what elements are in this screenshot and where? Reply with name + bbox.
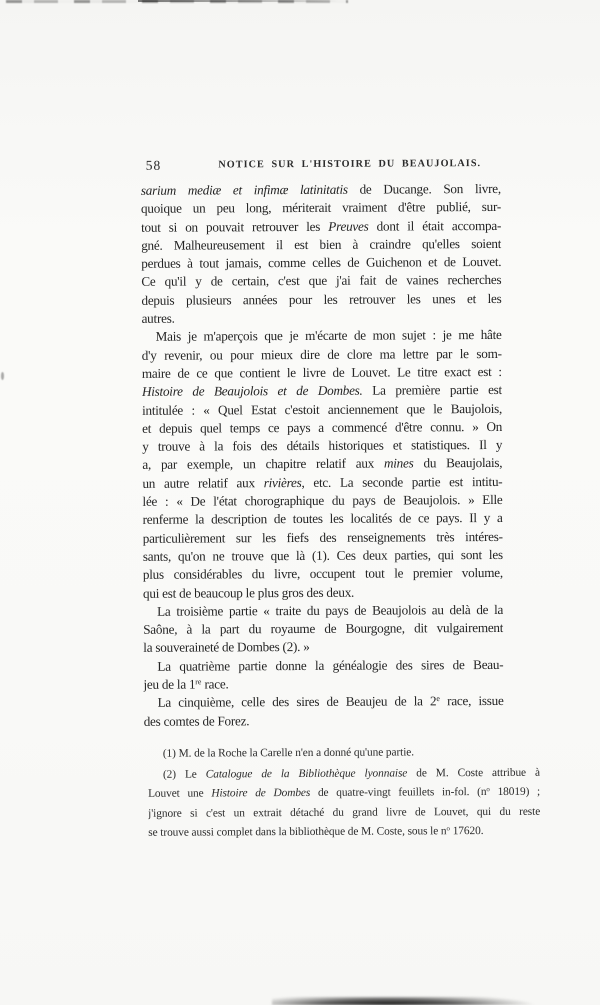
text-line: La troisième partie « traite du pays de …	[143, 601, 503, 621]
text-line: La quatrième partie donne la généalogie …	[143, 656, 503, 676]
text-segment: de quatre-vingt feuillets in-fol. (n	[310, 786, 486, 799]
text-segment: y trouve à la fois des détails historiqu…	[142, 437, 502, 454]
text-segment: 18019) ;	[490, 786, 540, 798]
text-line: perdues à tout jamais, comme celles de G…	[141, 253, 501, 273]
scan-artifact-bottom-smudge	[272, 997, 550, 1005]
paragraph: sarium mediæ et infimæ latinitatis de Du…	[141, 180, 502, 328]
text-segment: plus considérables du livre, occupent to…	[143, 565, 503, 582]
text-segment: Mais je m'aperçois que je m'écarte de mo…	[156, 327, 502, 344]
paragraph: La cinquième, celle des sires de Beaujeu…	[144, 692, 504, 730]
page-text-layer: 58 NOTICE SUR L'HISTOIRE DU BEAUJOLAIS. …	[0, 0, 600, 1005]
text-segment: du Beaujolais,	[413, 455, 502, 470]
text-segment: 17620.	[450, 825, 484, 837]
text-segment: maire de ce que contient le livre de Lou…	[142, 364, 502, 381]
paragraph: (1) M. de la Roche la Carelle n'en a don…	[148, 743, 540, 765]
text-line: d'y revenir, ou pour mieux dire de clore…	[142, 345, 502, 365]
text-segment: perdues à tout jamais, comme celles de G…	[141, 254, 501, 271]
text-segment: particulièrement sur les fiefs des rense…	[143, 529, 503, 546]
text-line: (1) M. de la Roche la Carelle n'en a don…	[148, 743, 540, 765]
text-segment: Saône, à la part du royaume de Bourgogne…	[143, 620, 503, 637]
paragraph: (2) Le Catalogue de la Bibliothèque lyon…	[148, 763, 540, 843]
text-segment: Histoire de Beaujolois et de Dombes.	[142, 383, 363, 399]
text-line: des comtes de Forez.	[144, 711, 504, 731]
text-segment: a, par exemple, un chapitre relatif aux	[142, 456, 384, 472]
text-segment: et depuis quel temps ce pays a commencé …	[142, 419, 502, 436]
text-segment: de M. Coste attribue à	[407, 766, 540, 779]
text-line: sarium mediæ et infimæ latinitatis de Du…	[141, 180, 501, 200]
text-segment: dont il était accompa-	[368, 218, 501, 234]
text-line: autres.	[142, 308, 502, 328]
text-segment: mines	[384, 456, 414, 471]
text-line: renferme la description de toutes les lo…	[143, 509, 503, 529]
text-segment: se trouve aussi complet dans la biblioth…	[148, 826, 446, 840]
text-segment: lée : « De l'état chorographique du pays…	[142, 492, 502, 509]
text-line: sants, qu'on ne trouve que là (1). Ces d…	[143, 546, 503, 566]
text-segment: rivières	[264, 475, 302, 490]
text-segment: qui est de beaucoup le plus gros des deu…	[143, 584, 354, 600]
text-segment: La quatrième partie donne la généalogie …	[157, 657, 503, 674]
text-segment: renferme la description de toutes les lo…	[143, 510, 503, 527]
text-line: y trouve à la fois des détails historiqu…	[142, 436, 502, 456]
text-line: qui est de beaucoup le plus gros des deu…	[143, 582, 503, 602]
text-segment: race.	[201, 676, 228, 691]
text-segment: jeu de la 1	[143, 677, 195, 692]
text-segment: Louvet une	[148, 788, 211, 800]
text-line: intitulée : « Quel Estat c'estoit ancien…	[142, 400, 502, 420]
text-segment: un autre relatif aux	[142, 475, 263, 491]
text-segment: la souveraineté de Dombes (2). »	[143, 639, 309, 655]
text-line: plus considérables du livre, occupent to…	[143, 564, 503, 584]
text-line: lée : « De l'état chorographique du pays…	[142, 491, 502, 511]
text-segment: des comtes de Forez.	[144, 713, 250, 729]
text-segment: de Ducange. Son livre,	[348, 181, 501, 197]
text-segment: Ce qu'il y de certain, c'est que j'ai fa…	[141, 272, 501, 289]
text-segment: La cinquième, celle des sires de Beaujeu…	[158, 694, 437, 710]
text-segment: (1) M. de la Roche la Carelle n'en a don…	[163, 746, 414, 759]
text-segment: La troisième partie « traite du pays de …	[157, 602, 503, 619]
text-line: la souveraineté de Dombes (2). »	[143, 637, 503, 657]
text-line: gné. Malheureusement il est bien à crain…	[141, 235, 501, 255]
text-line: La cinquième, celle des sires de Beaujeu…	[144, 692, 504, 712]
text-line: Louvet une Histoire de Dombes de quatre-…	[148, 783, 540, 805]
text-line: et depuis quel temps ce pays a commencé …	[142, 418, 502, 438]
text-line: Saône, à la part du royaume de Bourgogne…	[143, 619, 503, 639]
text-line: j'ignore si c'est un extrait détaché du …	[148, 803, 540, 825]
text-line: tout si on pouvait retrouver les Preuves…	[141, 217, 501, 237]
body-text-block: sarium mediæ et infimæ latinitatis de Du…	[141, 180, 504, 731]
text-segment: (2) Le	[163, 768, 206, 780]
text-line: maire de ce que contient le livre de Lou…	[142, 363, 502, 383]
text-line: depuis plusieurs années pour les retrouv…	[141, 290, 501, 310]
text-segment: Histoire de Dombes	[211, 787, 310, 800]
text-line: un autre relatif aux rivières, etc. La s…	[142, 473, 502, 493]
text-line: Histoire de Beaujolois et de Dombes. La …	[142, 381, 502, 401]
paragraph: La quatrième partie donne la généalogie …	[143, 656, 503, 694]
text-line: Ce qu'il y de certain, c'est que j'ai fa…	[141, 271, 501, 291]
text-segment: quoique un peu long, mériterait vraiment…	[141, 199, 501, 216]
text-segment: depuis plusieurs années pour les retrouv…	[141, 291, 501, 308]
text-line: jeu de la 1re race.	[143, 674, 503, 694]
text-segment: intitulée : « Quel Estat c'estoit ancien…	[142, 401, 502, 418]
footnotes-block: (1) M. de la Roche la Carelle n'en a don…	[148, 743, 541, 844]
running-title: NOTICE SUR L'HISTOIRE DU BEAUJOLAIS.	[193, 158, 507, 171]
paragraph: Mais je m'aperçois que je m'écarte de mo…	[142, 326, 503, 602]
text-segment: gné. Malheureusement il est bien à crain…	[141, 236, 501, 253]
running-head: 58 NOTICE SUR L'HISTOIRE DU BEAUJOLAIS.	[141, 155, 501, 175]
text-segment: Preuves	[328, 218, 368, 233]
text-segment: j'ignore si c'est un extrait détaché du …	[148, 806, 540, 820]
text-segment: sants, qu'on ne trouve que là (1). Ces d…	[143, 547, 503, 564]
text-line: particulièrement sur les fiefs des rense…	[143, 528, 503, 548]
text-segment: tout si on pouvait retrouver les	[141, 218, 328, 234]
text-segment: autres.	[142, 311, 175, 326]
scanned-book-page: 58 NOTICE SUR L'HISTOIRE DU BEAUJOLAIS. …	[0, 0, 600, 1005]
text-line: a, par exemple, un chapitre relatif aux …	[142, 454, 502, 474]
text-segment: sarium mediæ et infimæ latinitatis	[141, 182, 348, 198]
page-number: 58	[146, 158, 162, 174]
text-segment: , etc. La seconde partie est intitu-	[301, 474, 502, 490]
text-segment: race, issue	[440, 693, 504, 708]
text-segment: La première partie est	[363, 382, 502, 398]
text-line: quoique un peu long, mériterait vraiment…	[141, 198, 501, 218]
text-line: Mais je m'aperçois que je m'écarte de mo…	[142, 326, 502, 346]
paragraph: La troisième partie « traite du pays de …	[143, 601, 503, 658]
text-line: se trouve aussi complet dans la biblioth…	[148, 822, 540, 844]
text-line: (2) Le Catalogue de la Bibliothèque lyon…	[148, 763, 540, 785]
text-segment: d'y revenir, ou pour mieux dire de clore…	[142, 346, 502, 363]
text-segment: Catalogue de la Bibliothèque lyonnaise	[206, 767, 408, 780]
